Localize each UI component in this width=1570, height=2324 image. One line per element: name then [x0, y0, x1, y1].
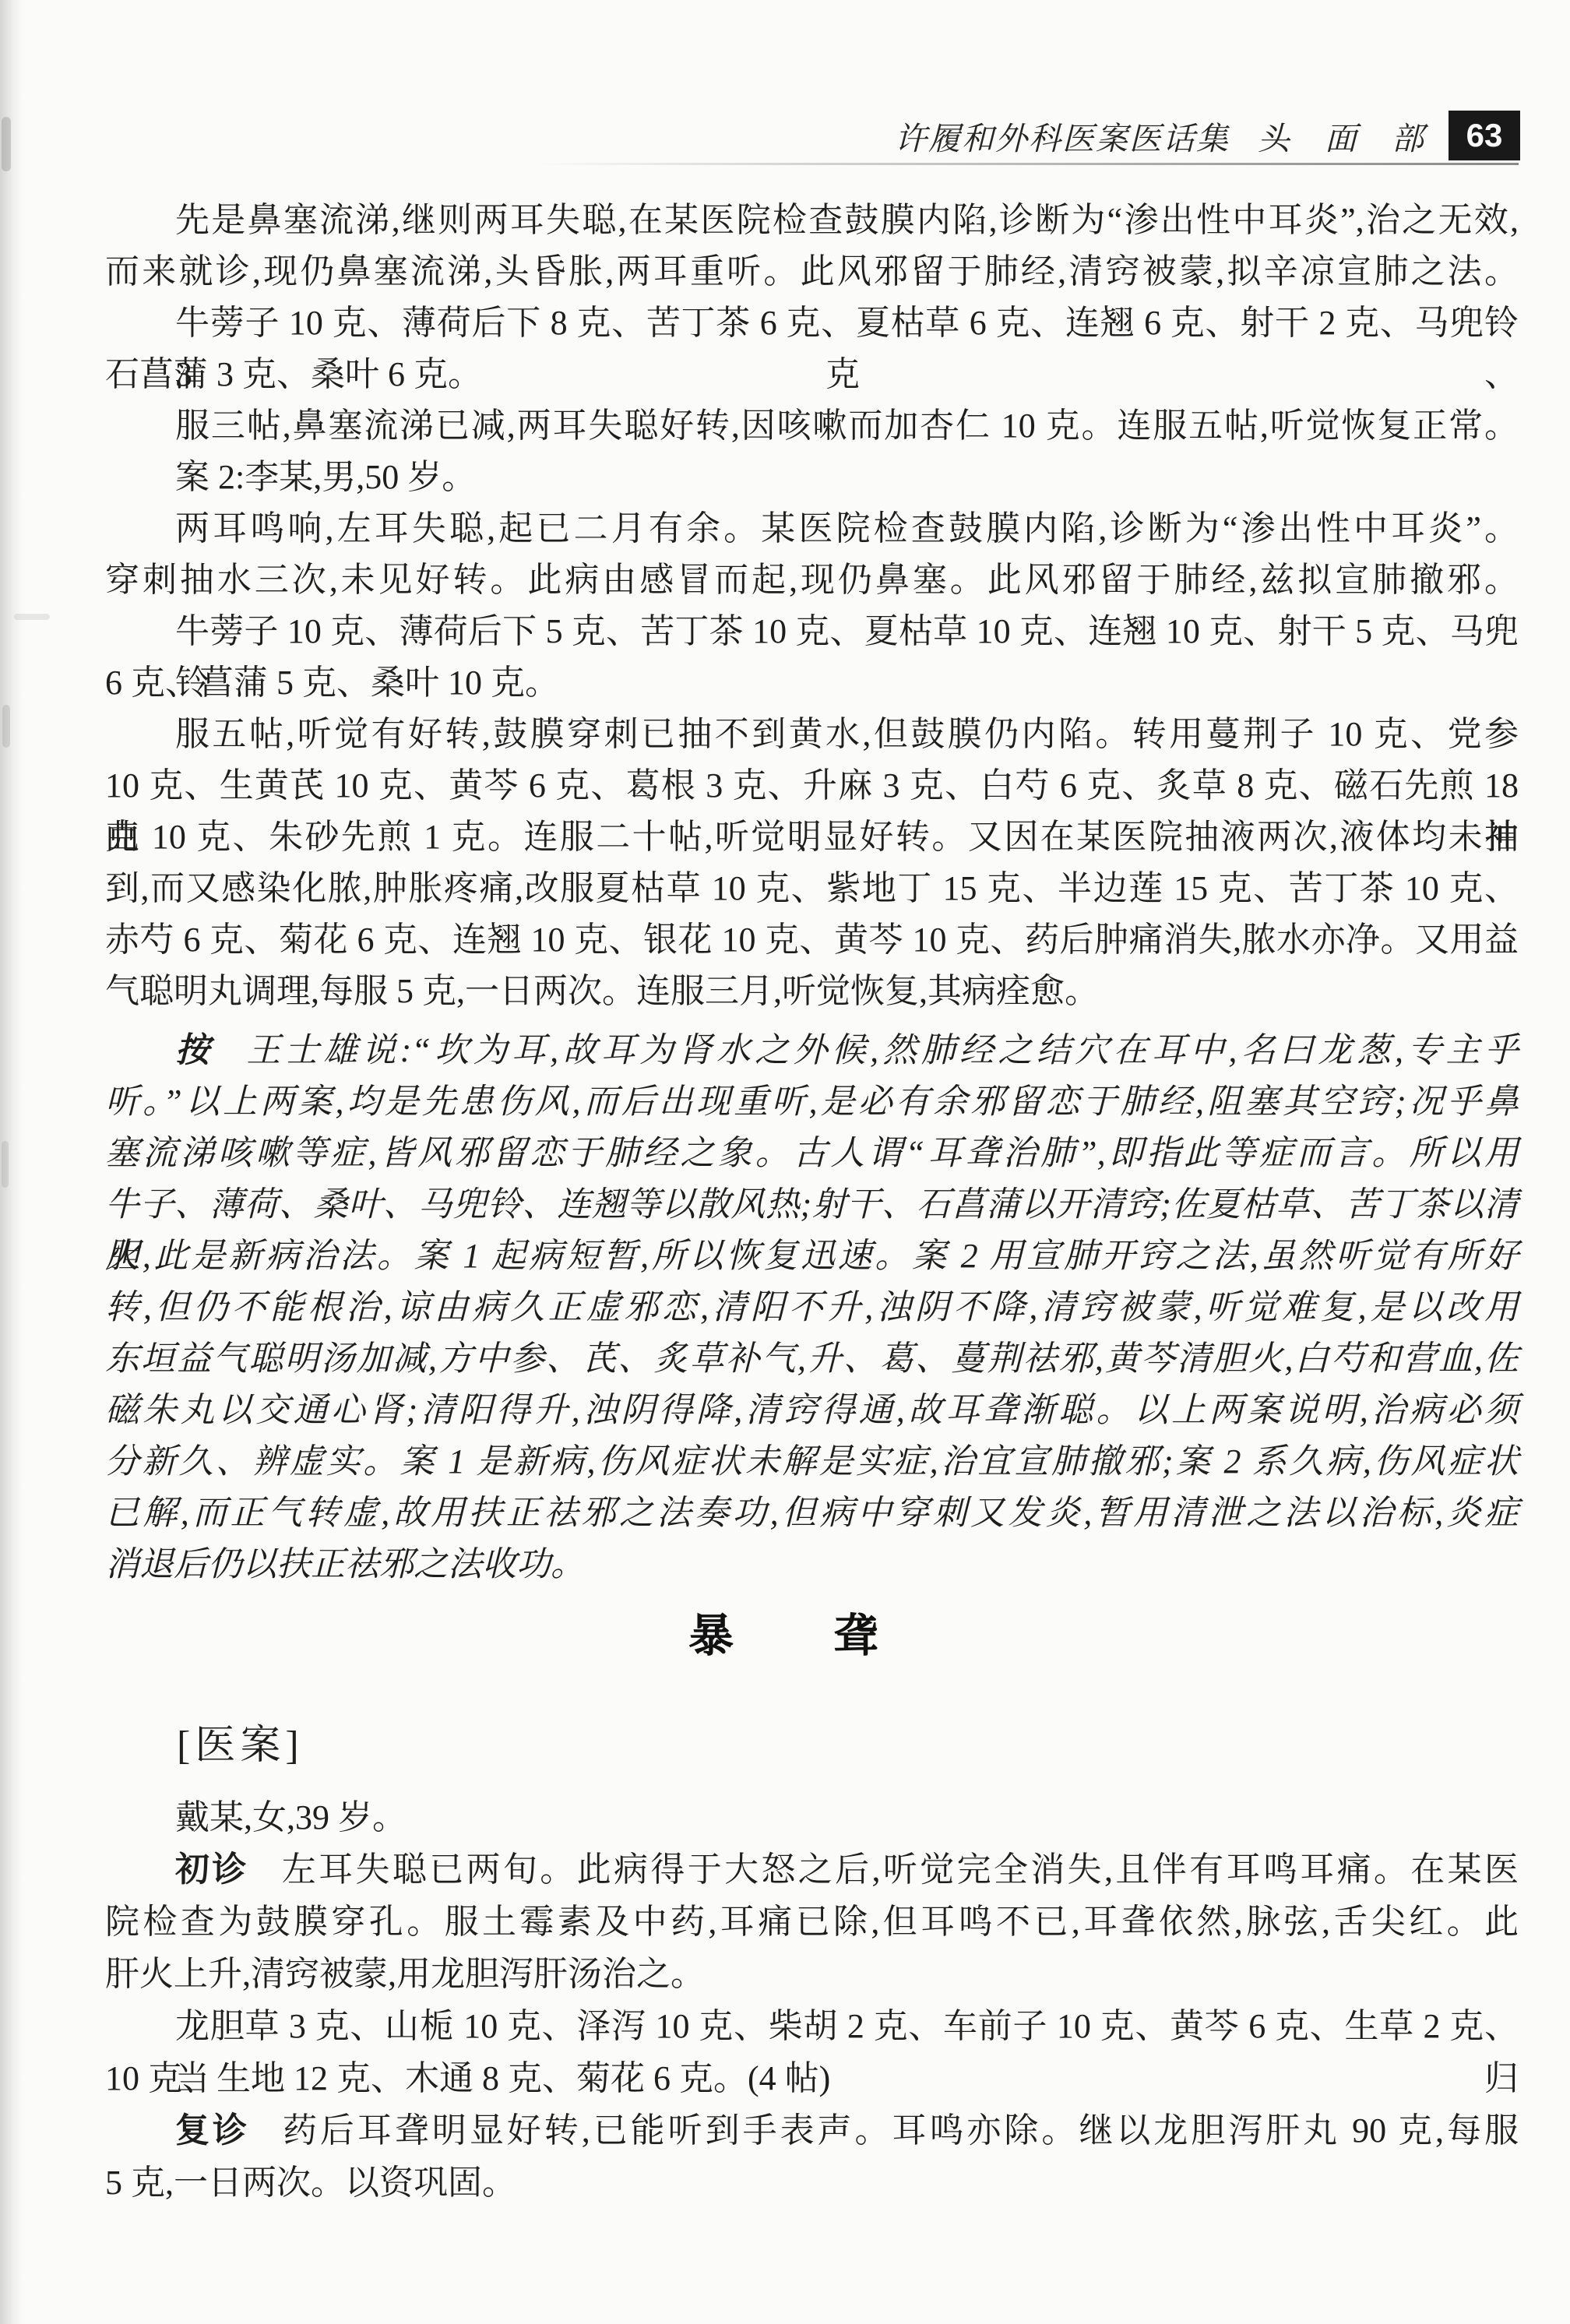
text-line: 磁朱丸以交通心肾;清阳得升,浊阴得降,清窍得通,故耳聋渐聪。以上两案说明,治病必… — [105, 1385, 1519, 1436]
text-line: 听。”以上两案,均是先患伤风,而后出现重听,是必有余邪留恋于肺经,阻塞其空窍;况… — [105, 1076, 1519, 1128]
paragraph-lead-label: 按 — [175, 1031, 213, 1069]
case-record-label: [医案] — [177, 1713, 304, 1779]
text-line: 服五帖,听觉有好转,鼓膜穿刺已抽不到黄水,但鼓膜仍内陷。转用蔓荆子 10 克、党… — [105, 709, 1519, 760]
text-line: 已解,而正气转虚,故用扶正祛邪之法奏功,但病中穿刺又发炎,暂用清泄之法以治标,炎… — [105, 1488, 1519, 1539]
scan-smudge — [2, 1141, 9, 1188]
text-line: 穿刺抽水三次,未见好转。此病由感冒而起,现仍鼻塞。此风邪留于肺经,兹拟宣肺撤邪。 — [105, 555, 1519, 606]
text-line: 服三帖,鼻塞流涕已减,两耳失聪好转,因咳嗽而加杏仁 10 克。连服五帖,听觉恢复… — [105, 400, 1519, 452]
text-line: 龙胆草 3 克、山栀 10 克、泽泻 10 克、柴胡 2 克、车前子 10 克、… — [105, 2000, 1519, 2052]
section-heading-sudden-deafness: 暴 聋 — [0, 1609, 1570, 1664]
article-otitis-media-text: 先是鼻塞流涕,继则两耳失聪,在某医院检查鼓膜内陷,诊断为“渗出性中耳炎”,治之无… — [105, 195, 1519, 1590]
text-line: 消退后仍以扶正祛邪之法收功。 — [105, 1539, 1519, 1590]
text-line: 戴某,女,39 岁。 — [105, 1791, 1519, 1843]
scan-smudge — [2, 705, 10, 748]
scan-smudge — [2, 117, 11, 171]
text-line: 气聪明丸调理,每服 5 克,一日两次。连服三月,听觉恢复,其病痊愈。 — [105, 966, 1519, 1017]
text-line: 10 克、生黄芪 10 克、黄芩 6 克、葛根 3 克、升麻 3 克、白芍 6 … — [105, 760, 1519, 812]
text-line: 牛蒡子 10 克、薄荷后下 8 克、苦丁茶 6 克、夏枯草 6 克、连翘 6 克… — [105, 298, 1519, 349]
text-line: 复诊药后耳聋明显好转,已能听到手表声。耳鸣亦除。继以龙胆泻肝丸 90 克,每服 — [105, 2104, 1519, 2157]
text-line: 牛子、薄荷、桑叶、马兜铃、连翘等以散风热;射干、石菖蒲以开清窍;佐夏枯草、苦丁茶… — [105, 1179, 1519, 1231]
text-line: 转,但仍不能根治,谅由病久正虚邪恋,清阳不升,浊阴不降,清窍被蒙,听觉难复,是以… — [105, 1282, 1519, 1333]
text-line: 院检查为鼓膜穿孔。服土霉素及中药,耳痛已除,但耳鸣不已,耳聋依然,脉弦,舌尖红。… — [105, 1896, 1519, 1948]
paragraph-lead-label: 复诊 — [175, 2111, 250, 2150]
text-line: 先是鼻塞流涕,继则两耳失聪,在某医院检查鼓膜内陷,诊断为“渗出性中耳炎”,治之无… — [105, 195, 1519, 246]
text-line: 赤芍 6 克、菊花 6 克、连翘 10 克、银花 10 克、黄芩 10 克、药后… — [105, 914, 1519, 966]
text-line: 肝火上升,清窍被蒙,用龙胆泻肝汤治之。 — [105, 1948, 1519, 2000]
text-line: 6 克、菖蒲 5 克、桑叶 10 克。 — [105, 657, 1519, 709]
text-line: 两耳鸣响,左耳失聪,起已二月有余。某医院检查鼓膜内陷,诊断为“渗出性中耳炎”。 — [105, 503, 1519, 555]
text-line: 牛蒡子 10 克、薄荷后下 5 克、苦丁茶 10 克、夏枯草 10 克、连翘 1… — [105, 606, 1519, 657]
page-header: 许履和外科医案医话集 头 面 部 63 — [895, 109, 1520, 162]
book-page: 许履和外科医案医话集 头 面 部 63 先是鼻塞流涕,继则两耳失聪,在某医院检查… — [0, 0, 1570, 2324]
book-title: 许履和外科医案医话集 — [895, 113, 1230, 159]
text-line: 分新久、辨虚实。案 1 是新病,伤风症状未解是实症,治宜宣肺撤邪;案 2 系久病… — [105, 1436, 1519, 1488]
text-line: 案 2:李某,男,50 岁。 — [105, 452, 1519, 503]
text-line: 曲 10 克、朱砂先煎 1 克。连服二十帖,听觉明显好转。又因在某医院抽液两次,… — [105, 812, 1519, 863]
text-line: 5 克,一日两次。以资巩固。 — [105, 2157, 1519, 2209]
text-line: 初诊左耳失聪已两旬。此病得于大怒之后,听觉完全消失,且伴有耳鸣耳痛。在某医 — [105, 1843, 1519, 1896]
text-line: 而来就诊,现仍鼻塞流涕,头昏胀,两耳重听。此风邪留于肺经,清窍被蒙,拟辛凉宣肺之… — [105, 246, 1519, 298]
text-line: 塞流涕咳嗽等症,皆风邪留恋于肺经之象。古人谓“耳聋治肺”,即指此等症而言。所以用 — [105, 1128, 1519, 1179]
text-line: 东垣益气聪明汤加减,方中参、芪、炙草补气,升、葛、蔓荆祛邪,黄芩清胆火,白芍和营… — [105, 1333, 1519, 1385]
page-number-badge: 63 — [1449, 111, 1520, 160]
article-sudden-deafness-text: 戴某,女,39 岁。初诊左耳失聪已两旬。此病得于大怒之后,听觉完全消失,且伴有耳… — [105, 1791, 1519, 2209]
text-line: 到,而又感染化脓,肿胀疼痛,改服夏枯草 10 克、紫地丁 15 克、半边莲 15… — [105, 863, 1519, 914]
text-line: 火,此是新病治法。案 1 起病短暂,所以恢复迅速。案 2 用宣肺开窍之法,虽然听… — [105, 1231, 1519, 1282]
paragraph-lead-label: 初诊 — [175, 1850, 249, 1889]
section-title: 头 面 部 — [1258, 113, 1425, 159]
scan-smudge — [14, 614, 50, 620]
header-rule — [536, 163, 1519, 165]
text-line: 按王士雄说:“坎为耳,故耳为肾水之外候,然肺经之结穴在耳中,名曰龙葱,专主乎 — [105, 1025, 1519, 1076]
